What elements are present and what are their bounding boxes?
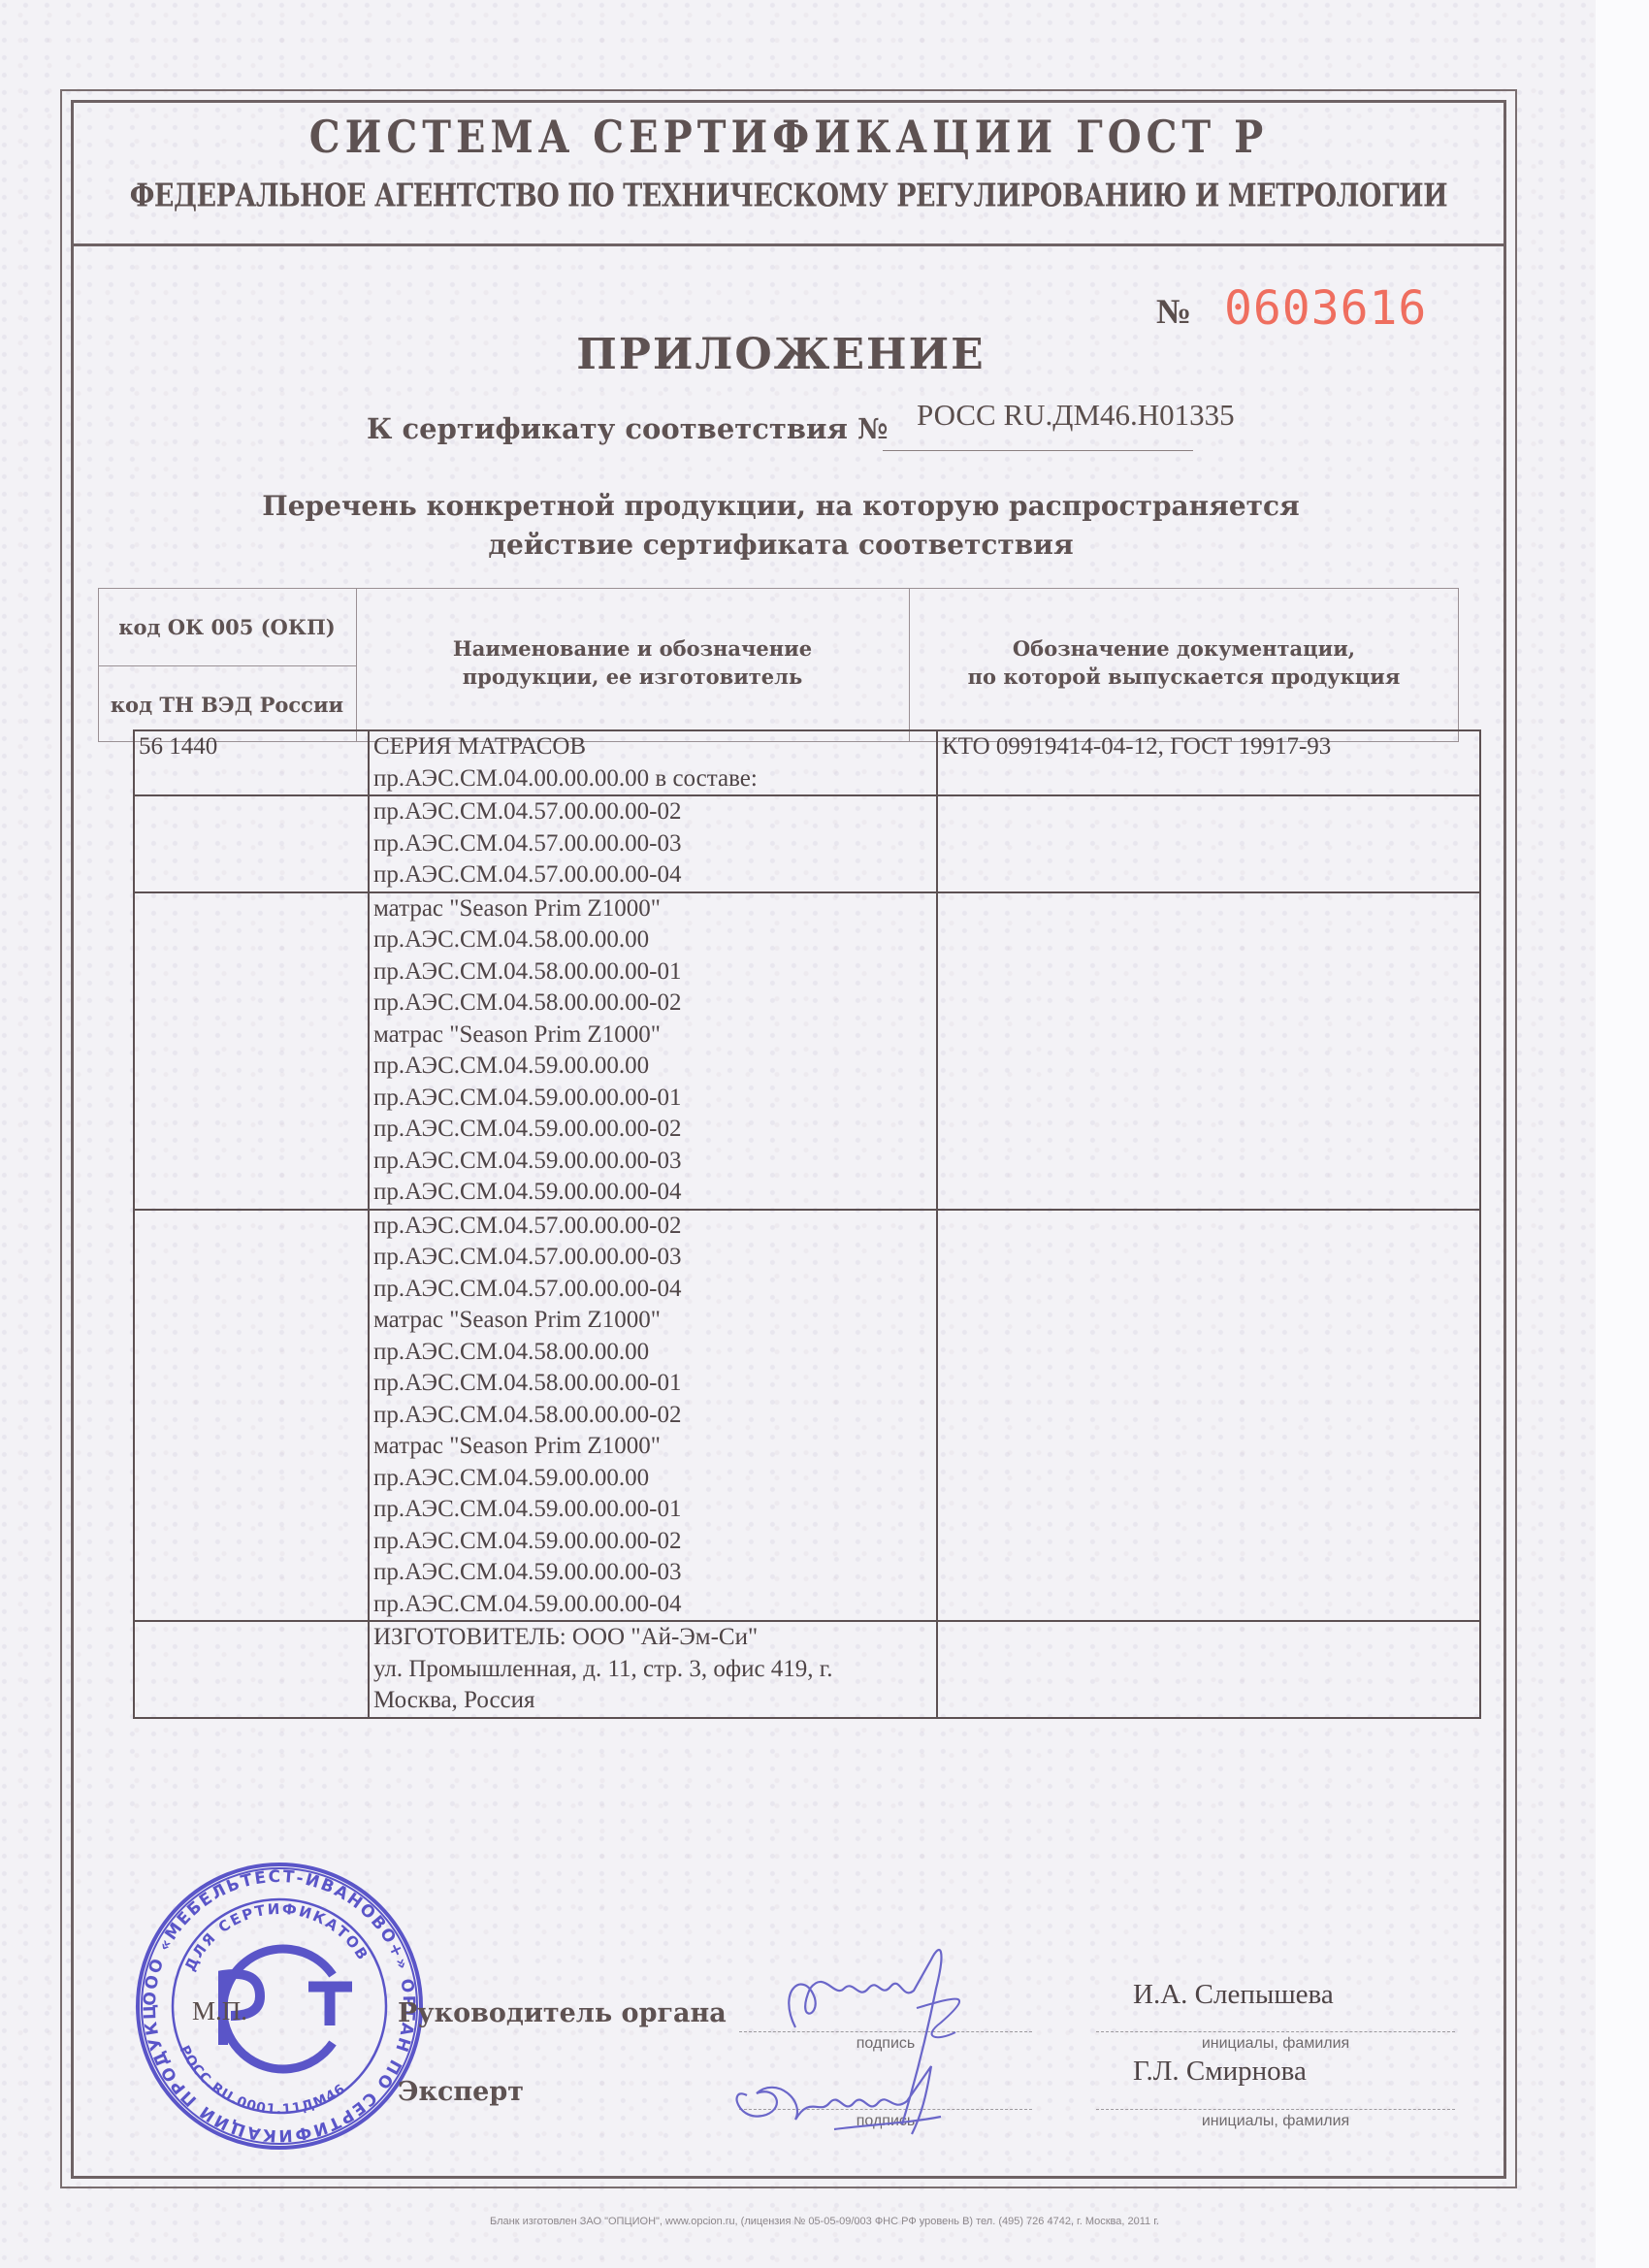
expert-label: Эксперт <box>398 2077 524 2107</box>
header-code-tnved: код ТН ВЭД России <box>98 691 356 719</box>
head-name-line <box>1096 2031 1455 2032</box>
header-divider <box>71 243 1506 246</box>
product-line: пр.АЭС.СМ.04.59.00.00.00-04 <box>373 1177 932 1209</box>
product-line: пр.АЭС.СМ.04.59.00.00.00-02 <box>373 1526 932 1558</box>
svg-text:ДЛЯ СЕРТИФИКАТОВ: ДЛЯ СЕРТИФИКАТОВ <box>181 1900 372 1974</box>
cell-product: пр.АЭС.СМ.04.57.00.00.00-02пр.АЭС.СМ.04.… <box>369 1210 937 1622</box>
form-imprint: Бланк изготовлен ЗАО "ОПЦИОН", www.opcio… <box>0 2216 1649 2227</box>
product-line: пр.АЭС.СМ.04.57.00.00.00-02 <box>373 796 932 828</box>
product-line: пр.АЭС.СМ.04.57.00.00.00-04 <box>373 859 932 891</box>
product-line: пр.АЭС.СМ.04.57.00.00.00-02 <box>373 1211 932 1243</box>
stamp-inner-text: ДЛЯ СЕРТИФИКАТОВ <box>181 1900 372 1974</box>
product-line: пр.АЭС.СМ.04.00.00.00.00 в составе: <box>373 763 932 795</box>
product-line: матрас "Season Prim Z1000" <box>373 1431 932 1463</box>
appendix-title: ПРИЛОЖЕНИЕ <box>0 330 1562 379</box>
product-line: пр.АЭС.СМ.04.59.00.00.00-03 <box>373 1146 932 1178</box>
product-line: пр.АЭС.СМ.04.59.00.00.00 <box>373 1463 932 1495</box>
product-line: ул. Промышленная, д. 11, стр. 3, офис 41… <box>373 1654 932 1686</box>
product-line: пр.АЭС.СМ.04.58.00.00.00-01 <box>373 1368 932 1400</box>
table-row: матрас "Season Prim Z1000"пр.АЭС.СМ.04.5… <box>134 892 1480 1210</box>
product-line: матрас "Season Prim Z1000" <box>373 1305 932 1337</box>
table-row: 56 1440СЕРИЯ МАТРАСОВпр.АЭС.СМ.04.00.00.… <box>134 730 1480 795</box>
cell-product: пр.АЭС.СМ.04.57.00.00.00-02пр.АЭС.СМ.04.… <box>369 795 937 892</box>
product-list-title-line2: действие сертификата соответствия <box>0 526 1562 565</box>
cell-code <box>134 1621 369 1718</box>
number-sign: № <box>1156 291 1191 332</box>
product-line: пр.АЭС.СМ.04.59.00.00.00 <box>373 1051 932 1083</box>
product-line: пр.АЭС.СМ.04.58.00.00.00 <box>373 924 932 956</box>
cell-product: СЕРИЯ МАТРАСОВпр.АЭС.СМ.04.00.00.00.00 в… <box>369 730 937 795</box>
cell-code <box>134 892 369 1210</box>
header-divider-code <box>98 665 356 666</box>
certificate-number: РОСС RU.ДМ46.Н01335 <box>917 398 1235 433</box>
head-name-caption: инициалы, фамилия <box>1096 2035 1455 2053</box>
product-line: Москва, Россия <box>373 1685 932 1717</box>
certification-body-stamp: ООО «МЕБЕЛЬТЕСТ-ИВАНОВО+» ОРГАН ПО СЕРТИ… <box>134 1861 425 2152</box>
product-line: пр.АЭС.СМ.04.59.00.00.00-01 <box>373 1083 932 1115</box>
expert-name-line <box>1096 2109 1455 2110</box>
product-line: СЕРИЯ МАТРАСОВ <box>373 731 932 763</box>
product-line: пр.АЭС.СМ.04.58.00.00.00-02 <box>373 1400 932 1432</box>
cell-product: матрас "Season Prim Z1000"пр.АЭС.СМ.04.5… <box>369 892 937 1210</box>
expert-name: Г.Л. Смирнова <box>1133 2056 1307 2088</box>
certificate-number-underline <box>883 450 1193 451</box>
product-line: ИЗГОТОВИТЕЛЬ: ООО "Ай-Эм-Си" <box>373 1622 932 1654</box>
product-line: пр.АЭС.СМ.04.59.00.00.00-01 <box>373 1494 932 1526</box>
expert-name-caption: инициалы, фамилия <box>1096 2113 1455 2130</box>
product-line: пр.АЭС.СМ.04.58.00.00.00 <box>373 1337 932 1369</box>
table-row: ИЗГОТОВИТЕЛЬ: ООО "Ай-Эм-Си"ул. Промышле… <box>134 1621 1480 1718</box>
header-documentation-line1: Обозначение документации, <box>909 634 1459 663</box>
product-line: пр.АЭС.СМ.04.59.00.00.00-02 <box>373 1114 932 1146</box>
head-name: И.А. Слепышева <box>1133 1979 1334 2011</box>
table-row: пр.АЭС.СМ.04.57.00.00.00-02пр.АЭС.СМ.04.… <box>134 1210 1480 1622</box>
cell-code <box>134 1210 369 1622</box>
header-product-name: Наименование и обозначение продукции, ее… <box>356 634 909 691</box>
form-number: 0603616 <box>1224 281 1427 336</box>
cell-code <box>134 795 369 892</box>
header-documentation-line2: по которой выпускается продукция <box>909 663 1459 691</box>
product-line: матрас "Season Prim Z1000" <box>373 893 932 925</box>
product-line: пр.АЭС.СМ.04.57.00.00.00-04 <box>373 1274 932 1306</box>
cell-documentation <box>937 1621 1480 1718</box>
cell-documentation <box>937 1210 1480 1622</box>
product-line: пр.АЭС.СМ.04.59.00.00.00-04 <box>373 1589 932 1621</box>
cell-documentation: КТО 09919414-04-12, ГОСТ 19917-93 <box>937 730 1480 795</box>
agency-name: ФЕДЕРАЛЬНОЕ АГЕНТСТВО ПО ТЕХНИЧЕСКОМУ РЕ… <box>71 178 1506 214</box>
cell-code: 56 1440 <box>134 730 369 795</box>
product-line: пр.АЭС.СМ.04.58.00.00.00-02 <box>373 988 932 1020</box>
seal-place-label: М.П. <box>192 1996 247 2026</box>
header-code-okp: код ОК 005 (ОКП) <box>98 613 356 641</box>
product-line: пр.АЭС.СМ.04.57.00.00.00-03 <box>373 828 932 860</box>
cell-documentation <box>937 795 1480 892</box>
cell-documentation <box>937 892 1480 1210</box>
head-of-body-label: Руководитель органа <box>398 1998 727 2028</box>
table-row: пр.АЭС.СМ.04.57.00.00.00-02пр.АЭС.СМ.04.… <box>134 795 1480 892</box>
cell-product: ИЗГОТОВИТЕЛЬ: ООО "Ай-Эм-Си"ул. Промышле… <box>369 1621 937 1718</box>
header-product-name-line1: Наименование и обозначение <box>356 634 909 663</box>
product-line: матрас "Season Prim Z1000" <box>373 1020 932 1052</box>
product-list-title-line1: Перечень конкретной продукции, на котору… <box>0 487 1562 526</box>
header-product-name-line2: продукции, ее изготовитель <box>356 663 909 691</box>
expert-signature-icon <box>718 2057 1028 2154</box>
certificate-label: К сертификату соответствия № <box>367 412 889 445</box>
system-title: СИСТЕМА СЕРТИФИКАЦИИ ГОСТ Р <box>71 111 1506 163</box>
header-documentation: Обозначение документации, по которой вып… <box>909 634 1459 691</box>
product-line: пр.АЭС.СМ.04.57.00.00.00-03 <box>373 1242 932 1274</box>
product-table: 56 1440СЕРИЯ МАТРАСОВпр.АЭС.СМ.04.00.00.… <box>133 729 1481 1719</box>
product-list-title: Перечень конкретной продукции, на котору… <box>0 487 1562 565</box>
product-line: пр.АЭС.СМ.04.59.00.00.00-03 <box>373 1557 932 1589</box>
product-line: пр.АЭС.СМ.04.58.00.00.00-01 <box>373 956 932 988</box>
